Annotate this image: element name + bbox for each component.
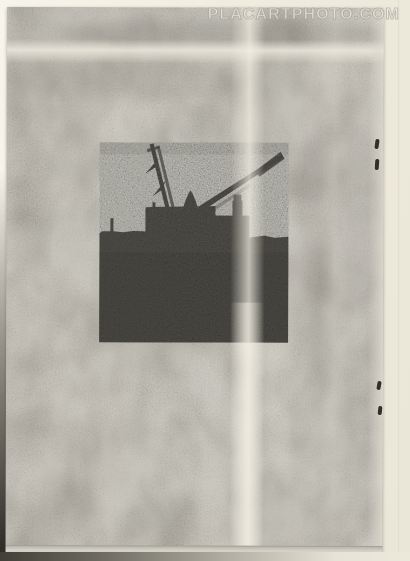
photo-frame: PLACARTPHOTO.COM	[0, 0, 410, 561]
page-right-edge	[368, 8, 384, 555]
glare-band-vertical-lower	[230, 303, 265, 555]
bottom-shadow	[0, 552, 410, 561]
toner-blotch-middle	[6, 59, 257, 98]
watermark-text: PLACARTPHOTO.COM	[208, 6, 400, 24]
book-cover-page	[6, 7, 384, 555]
glare-band-vertical-faint	[319, 8, 350, 555]
staple-mark	[375, 159, 380, 170]
backdrop-crease	[398, 0, 400, 561]
